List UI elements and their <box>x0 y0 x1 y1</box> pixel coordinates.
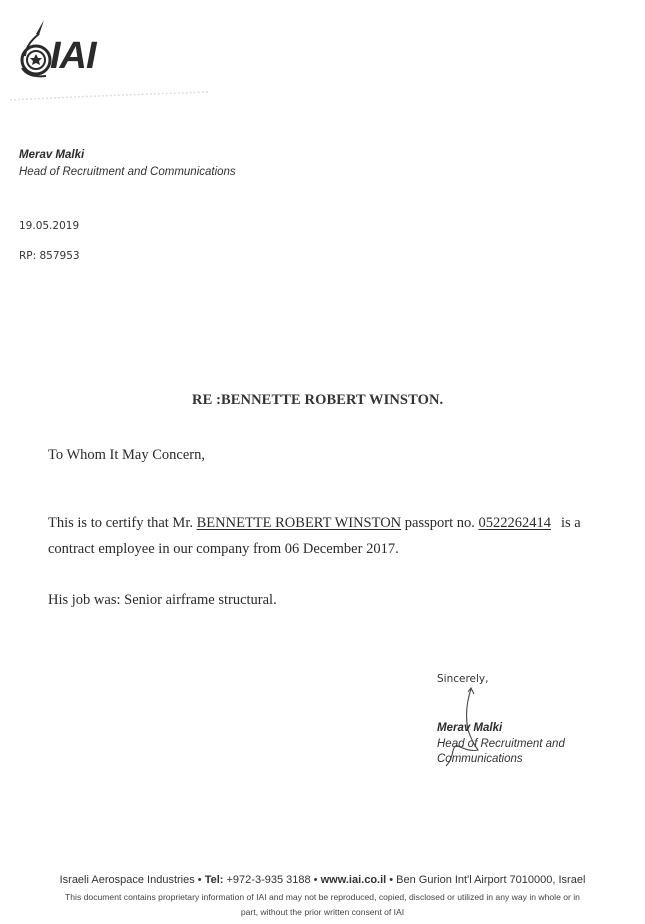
footer-disclaimer-line-2: part, without the prior written consent … <box>0 907 645 917</box>
footer-tel: +972-3-935 3188 <box>223 874 310 886</box>
footer-company: Israeli Aerospace Industries <box>60 874 195 886</box>
signatory-title-line-1: Head of Recruitment and <box>437 738 565 750</box>
signatory-title-line-2: Communications <box>437 753 523 765</box>
footer-contact: Israeli Aerospace Industries • Tel: +972… <box>0 874 645 886</box>
sender-name: Merav Malki <box>19 149 84 161</box>
salutation: To Whom It May Concern, <box>48 447 205 464</box>
passport-number: 0522262414 <box>479 515 552 531</box>
reference-number: RP: 857953 <box>19 250 80 262</box>
p1-prefix: This is to certify that Mr. <box>48 515 197 531</box>
p1-mid: passport no. <box>401 515 478 531</box>
p1-suffix: is a <box>561 515 581 531</box>
letter-date: 19.05.2019 <box>19 220 79 232</box>
sender-title: Head of Recruitment and Communications <box>19 166 236 178</box>
footer-disclaimer-line-1: This document contains proprietary infor… <box>0 892 645 902</box>
footer-address: Ben Gurion Int'l Airport 7010000, Israel <box>396 874 585 886</box>
body-paragraph-2: His job was: Senior airframe structural. <box>48 592 277 609</box>
footer-website: www.iai.co.il <box>321 874 387 886</box>
subject-line: RE :BENNETTE ROBERT WINSTON. <box>192 392 443 409</box>
footer-tel-label: Tel: <box>205 874 224 886</box>
employee-name: BENNETTE ROBERT WINSTON <box>197 515 402 531</box>
scan-artifact <box>8 90 213 102</box>
signatory-name: Merav Malki <box>437 722 502 734</box>
body-paragraph-1: This is to certify that Mr. BENNETTE ROB… <box>48 515 581 532</box>
logo-wordmark: IAI <box>50 35 96 78</box>
body-paragraph-1-line-2: contract employee in our company from 06… <box>48 541 399 558</box>
